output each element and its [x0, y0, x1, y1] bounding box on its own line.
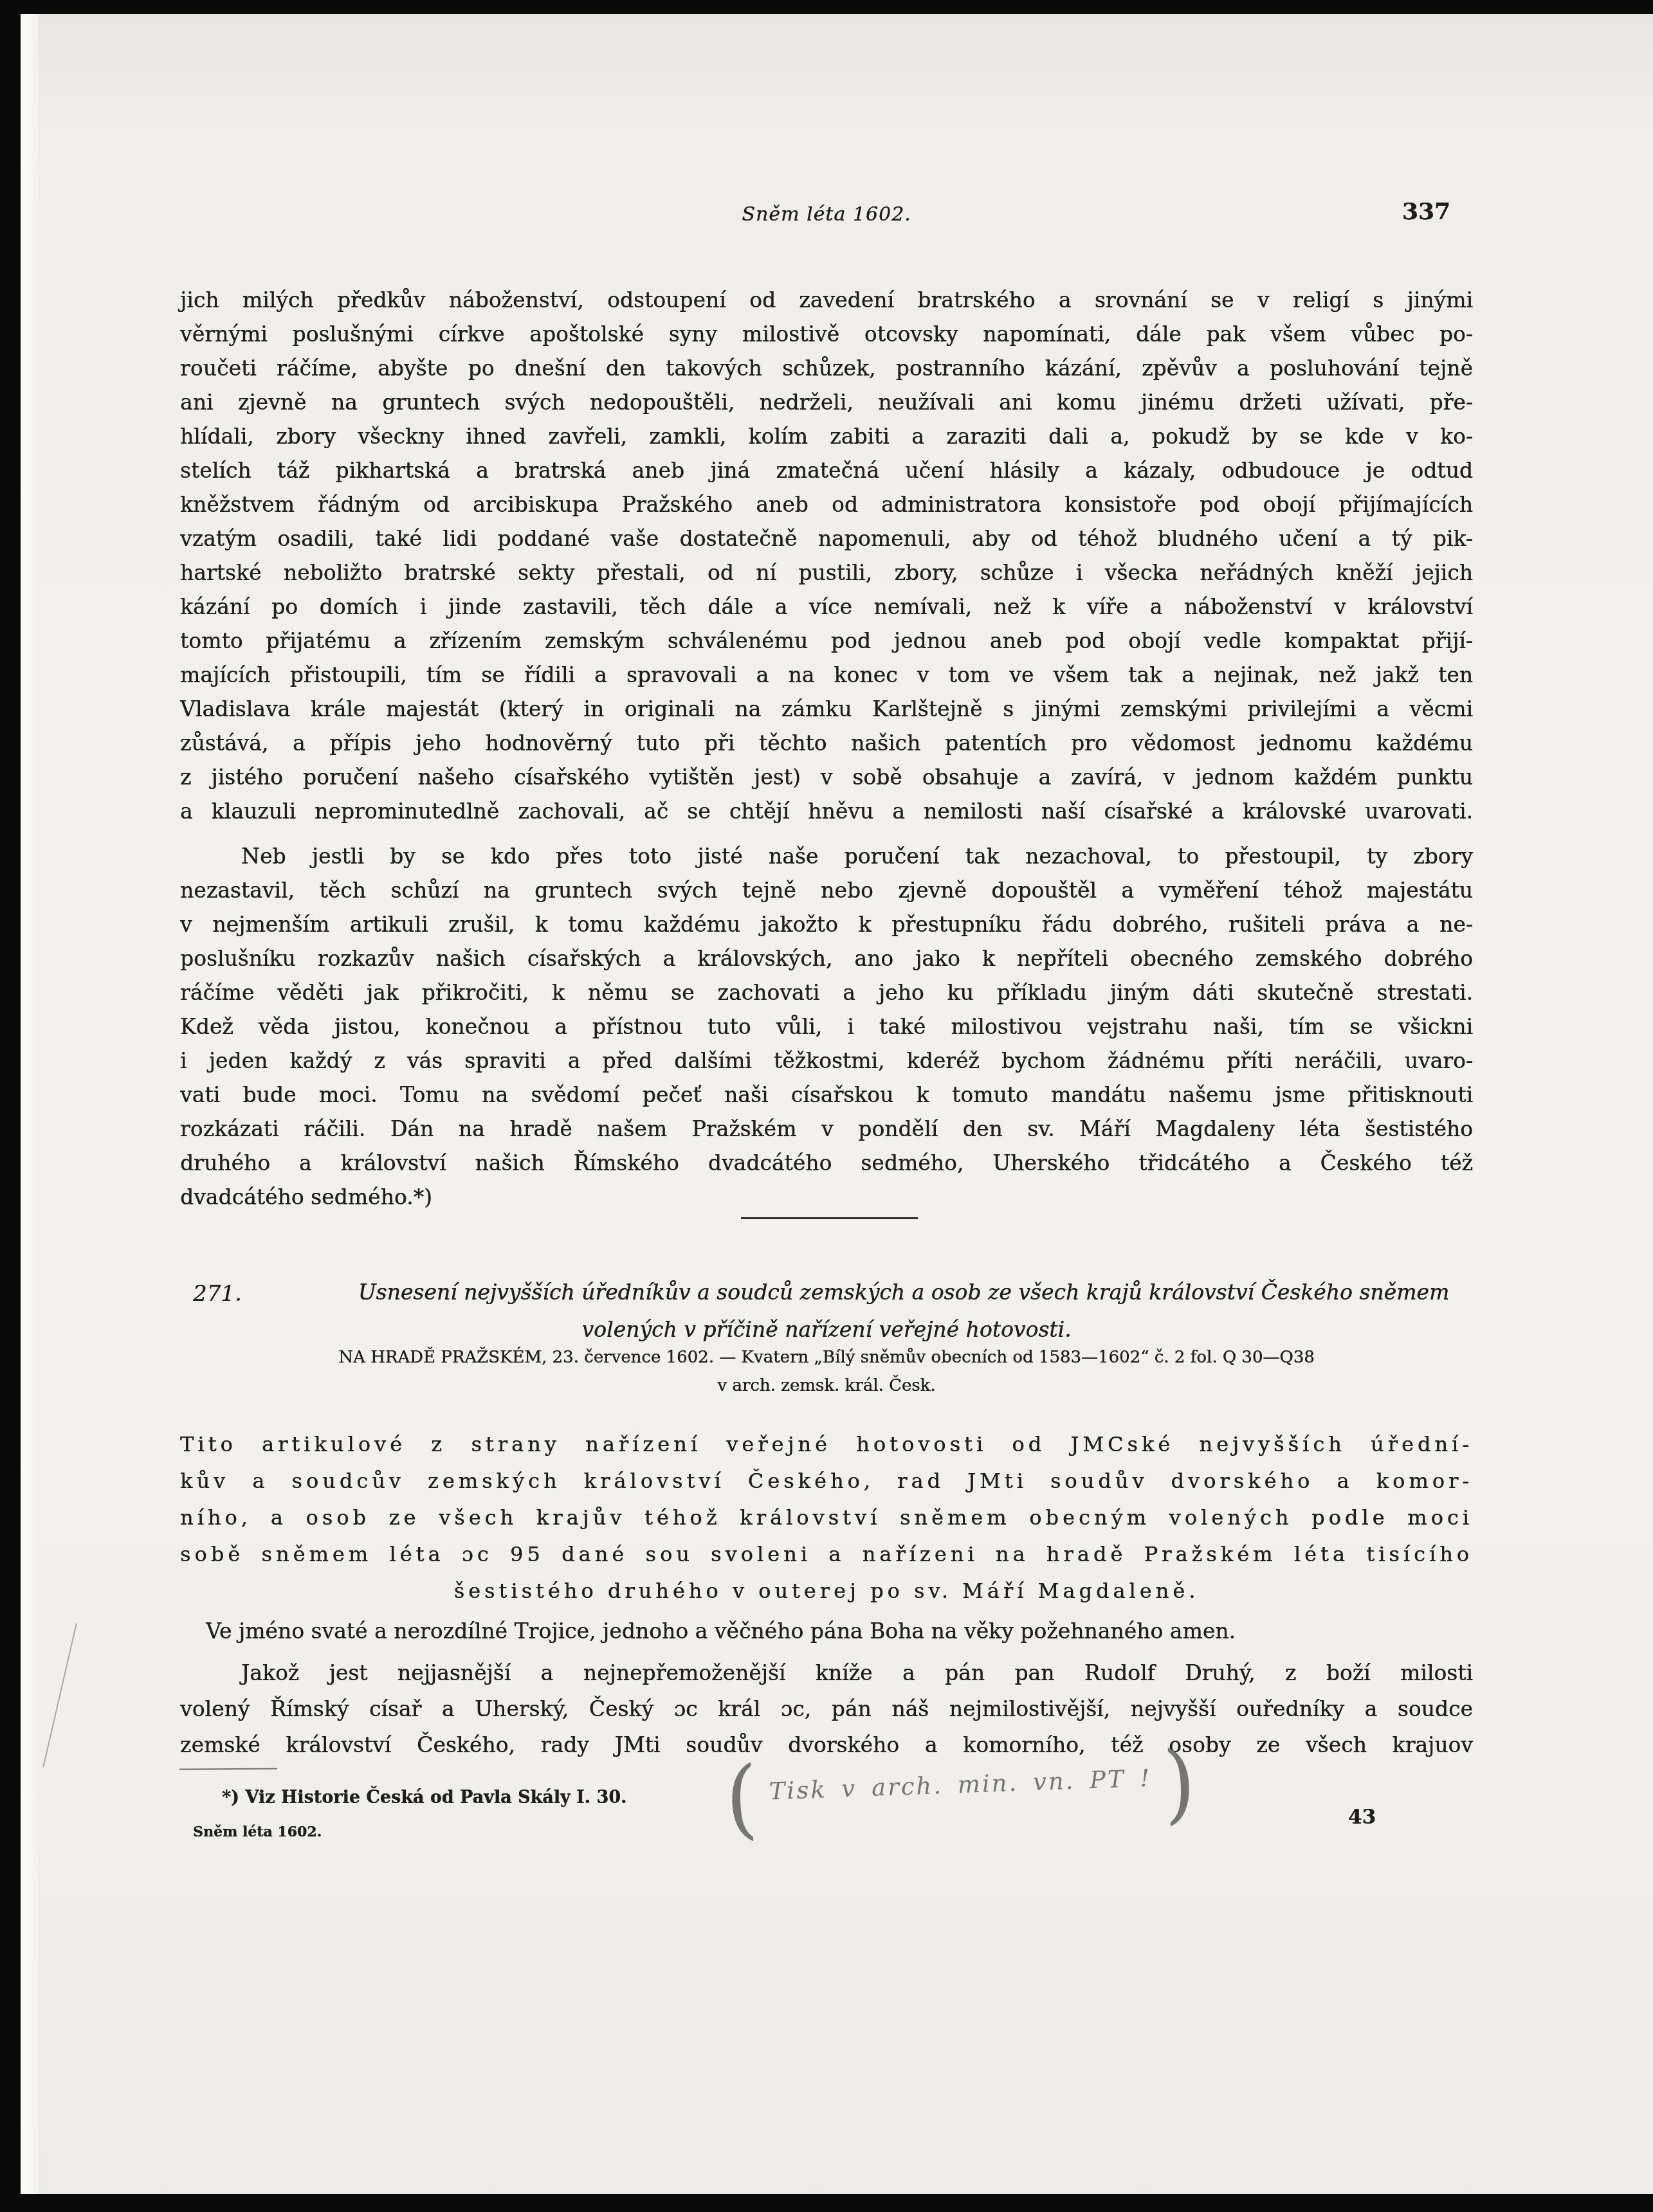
text-line: poslušníku rozkazův našich císařských a … — [180, 941, 1473, 975]
text-line: i jeden každý z vás spraviti a před dalš… — [180, 1044, 1473, 1078]
text-line: z jistého poručení našeho císařského vyt… — [180, 760, 1473, 794]
handwritten-open-paren: ( — [724, 1758, 759, 1840]
archival-source-line1: NA HRADĚ PRAŽSKÉM, 23. července 1602. — … — [180, 1348, 1473, 1367]
text-line: sobě sněmem léta ɔc 95 dané sou svoleni … — [180, 1536, 1473, 1573]
text-line: věrnými poslušnými církve apoštolské syn… — [180, 317, 1473, 351]
scanned-book-page: Sněm léta 1602. 337 jich milých předkův … — [0, 0, 1653, 2212]
scan-edge-top — [0, 0, 1653, 14]
archival-source-line2: v arch. zemsk. král. Česk. — [180, 1376, 1473, 1395]
text-line: volený Římský císař a Uherský, Český ɔc … — [180, 1691, 1473, 1727]
sheet-number: 43 — [1348, 1806, 1376, 1829]
text-line: ráčíme věděti jak přikročiti, k němu se … — [180, 975, 1473, 1010]
footnote-text: *) Viz Historie Česká od Pavla Skály I. … — [222, 1788, 626, 1808]
paragraph-preamble: Jakož jest nejjasnější a nejnepřemoženěj… — [180, 1655, 1473, 1763]
text-line: roučeti ráčíme, abyšte po dnešní den tak… — [180, 351, 1473, 385]
footer-signature: Sněm léta 1602. — [193, 1824, 322, 1840]
handwritten-annotation: ( Tisk v arch. min. vn. PT ! ) — [724, 1745, 1197, 1838]
footnote-separator-rule — [179, 1768, 277, 1770]
paragraph-invocation: Ve jméno svaté a nerozdílné Trojice, jed… — [180, 1614, 1473, 1648]
text-line: ani zjevně na gruntech svých nedopouštěl… — [180, 385, 1473, 419]
text-line: Vladislava krále majestát (který in orig… — [180, 692, 1473, 726]
section-heading-line1: Usnesení nejvyšších úředníkův a soudců z… — [180, 1280, 1473, 1305]
scan-edge-left — [0, 0, 21, 2212]
text-line: druhého a království našich Římského dva… — [180, 1146, 1473, 1180]
paragraph-mandate-penalty: Neb jestli by se kdo přes toto jisté naš… — [180, 839, 1473, 1214]
section-heading-line2: volených v příčině nařízení veřejné hoto… — [180, 1317, 1473, 1342]
handwritten-note-text: Tisk v arch. min. vn. PT ! — [769, 1764, 1152, 1805]
text-line: vzatým osadili, také lidi poddané vaše d… — [180, 521, 1473, 556]
page-number: 337 — [1402, 198, 1450, 225]
text-line: hartské neboližto bratrské sekty přestal… — [180, 556, 1473, 590]
paragraph-resolution-spaced: Tito artikulové z strany nařízení veřejn… — [180, 1426, 1473, 1573]
text-line: hlídali, zbory všeckny ihned zavřeli, za… — [180, 419, 1473, 453]
text-line: tomto přijatému a zřízením zemským schvá… — [180, 624, 1473, 658]
text-line: v nejmenším artikuli zrušil, k tomu každ… — [180, 907, 1473, 941]
text-line: kův a soudcův zemských království Českéh… — [180, 1463, 1473, 1500]
text-line: kněžstvem řádným od arcibiskupa Pražskéh… — [180, 487, 1473, 521]
text-line: Tito artikulové z strany nařízení veřejn… — [180, 1426, 1473, 1463]
text-line: zůstává, a přípis jeho hodnověrný tuto p… — [180, 726, 1473, 760]
text-line: nezastavil, těch schůzí na gruntech svýc… — [180, 873, 1473, 907]
paragraph-mandate-body: jich milých předkův náboženství, odstoup… — [180, 283, 1473, 828]
pencil-stray-mark — [42, 1623, 77, 1768]
text-line: rozkázati ráčili. Dán na hradě našem Pra… — [180, 1112, 1473, 1146]
text-line: jich milých předkův náboženství, odstoup… — [180, 283, 1473, 317]
running-head-title: Sněm léta 1602. — [180, 203, 1473, 226]
text-line: dvadcátého sedmého.*) — [180, 1180, 1473, 1214]
text-line: vati bude moci. Tomu na svědomí pečeť na… — [180, 1078, 1473, 1112]
text-line: a klauzuli neprominutedlně zachovali, ač… — [180, 794, 1473, 828]
section-divider-rule — [741, 1217, 918, 1219]
text-line: Jakož jest nejjasnější a nejnepřemoženěj… — [180, 1655, 1473, 1691]
handwritten-close-paren: ) — [1162, 1743, 1196, 1825]
scan-edge-bottom — [0, 2194, 1653, 2212]
text-line: Neb jestli by se kdo přes toto jisté naš… — [180, 839, 1473, 873]
resolution-spaced-centered-line: šestistého druhého v outerej po sv. Máří… — [180, 1573, 1473, 1609]
text-line: stelích táž pikhartská a bratrská aneb j… — [180, 453, 1473, 487]
text-line: Kdež věda jistou, konečnou a přístnou tu… — [180, 1010, 1473, 1044]
text-line: kázání po domích i jinde zastavili, těch… — [180, 590, 1473, 624]
text-line: ního, a osob ze všech krajův téhož králo… — [180, 1500, 1473, 1536]
text-line: majících přistoupili, tím se řídili a sp… — [180, 658, 1473, 692]
scan-gutter-highlight — [21, 14, 39, 2194]
